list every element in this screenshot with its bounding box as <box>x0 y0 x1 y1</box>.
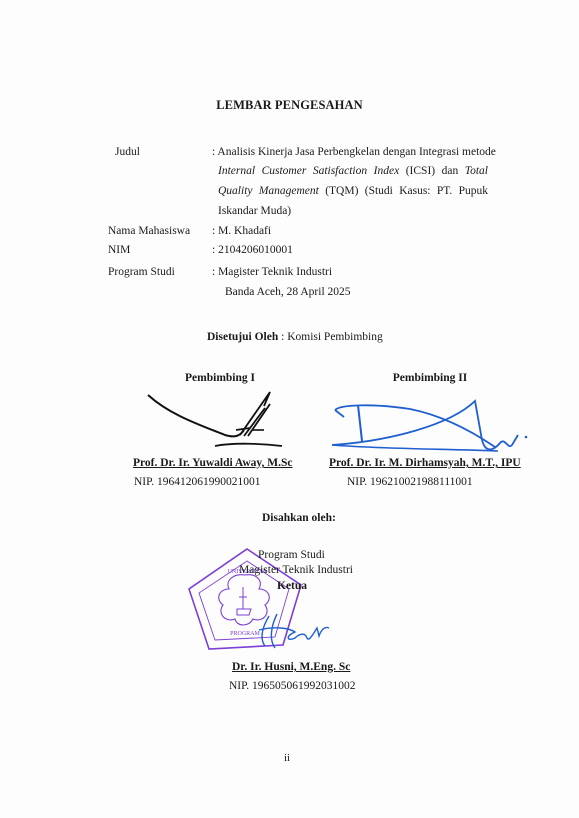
supervisor2-name: Prof. Dr. Ir. M. Dirhamsyah, M.T., IPU <box>329 457 521 469</box>
place-date: Banda Aceh, 28 April 2025 <box>225 286 351 298</box>
judul-tqm-term: Quality Management <box>218 185 319 197</box>
judul-line-2: Internal Customer Satisfaction Index (IC… <box>218 165 488 177</box>
supervisor1-nip: NIP. 196412061990021001 <box>134 476 261 488</box>
approved-by-committee: : Komisi Pembimbing <box>278 331 382 343</box>
nama-value: : M. Khadafi <box>212 225 271 237</box>
judul-label: Judul <box>115 146 140 158</box>
approved-by: Disetujui Oleh : Komisi Pembimbing <box>207 331 383 343</box>
supervisor2-signature-icon <box>330 395 530 455</box>
prodi-value: : Magister Teknik Industri <box>212 266 332 278</box>
ratifier-nip: NIP. 196505061992031002 <box>229 680 356 692</box>
nama-label: Nama Mahasiswa <box>108 225 190 237</box>
approved-by-label: Disetujui Oleh <box>207 331 278 343</box>
ratifier-unit-line2: Magister Teknik Industri <box>239 564 353 576</box>
page-number: ii <box>284 752 290 764</box>
judul-icsi-term: Internal Customer Satisfaction Index <box>218 165 399 177</box>
page-title: LEMBAR PENGESAHAN <box>0 98 579 113</box>
supervisor1-role: Pembimbing I <box>120 372 320 384</box>
ratifier-unit-line1: Program Studi <box>258 549 325 561</box>
supervisor2-nip: NIP. 196210021988111001 <box>347 476 473 488</box>
judul-line-1: : Analisis Kinerja Jasa Perbengkelan den… <box>212 146 496 158</box>
supervisor2-role: Pembimbing II <box>320 372 540 384</box>
judul-icsi-abbr: (ICSI) dan <box>399 165 465 177</box>
ratifier-position: Ketua <box>277 580 307 592</box>
nim-value: : 2104206010001 <box>212 244 293 256</box>
nim-label: NIM <box>108 244 130 256</box>
prodi-label: Program Studi <box>108 266 175 278</box>
judul-line-4: Iskandar Muda) <box>218 205 291 217</box>
supervisor1-name: Prof. Dr. Ir. Yuwaldi Away, M.Sc <box>133 457 293 469</box>
judul-tqm-rest: (TQM) (Studi Kasus: PT. Pupuk <box>319 185 488 197</box>
judul-line-3: Quality Management (TQM) (Studi Kasus: P… <box>218 185 488 197</box>
ratifier-name: Dr. Ir. Husni, M.Eng. Sc <box>232 661 350 673</box>
judul-total-term: Total <box>465 165 488 177</box>
ratifier-signature-icon <box>255 612 335 652</box>
supervisor1-signature-icon <box>140 390 280 450</box>
ratified-by-heading: Disahkan oleh: <box>262 512 336 524</box>
